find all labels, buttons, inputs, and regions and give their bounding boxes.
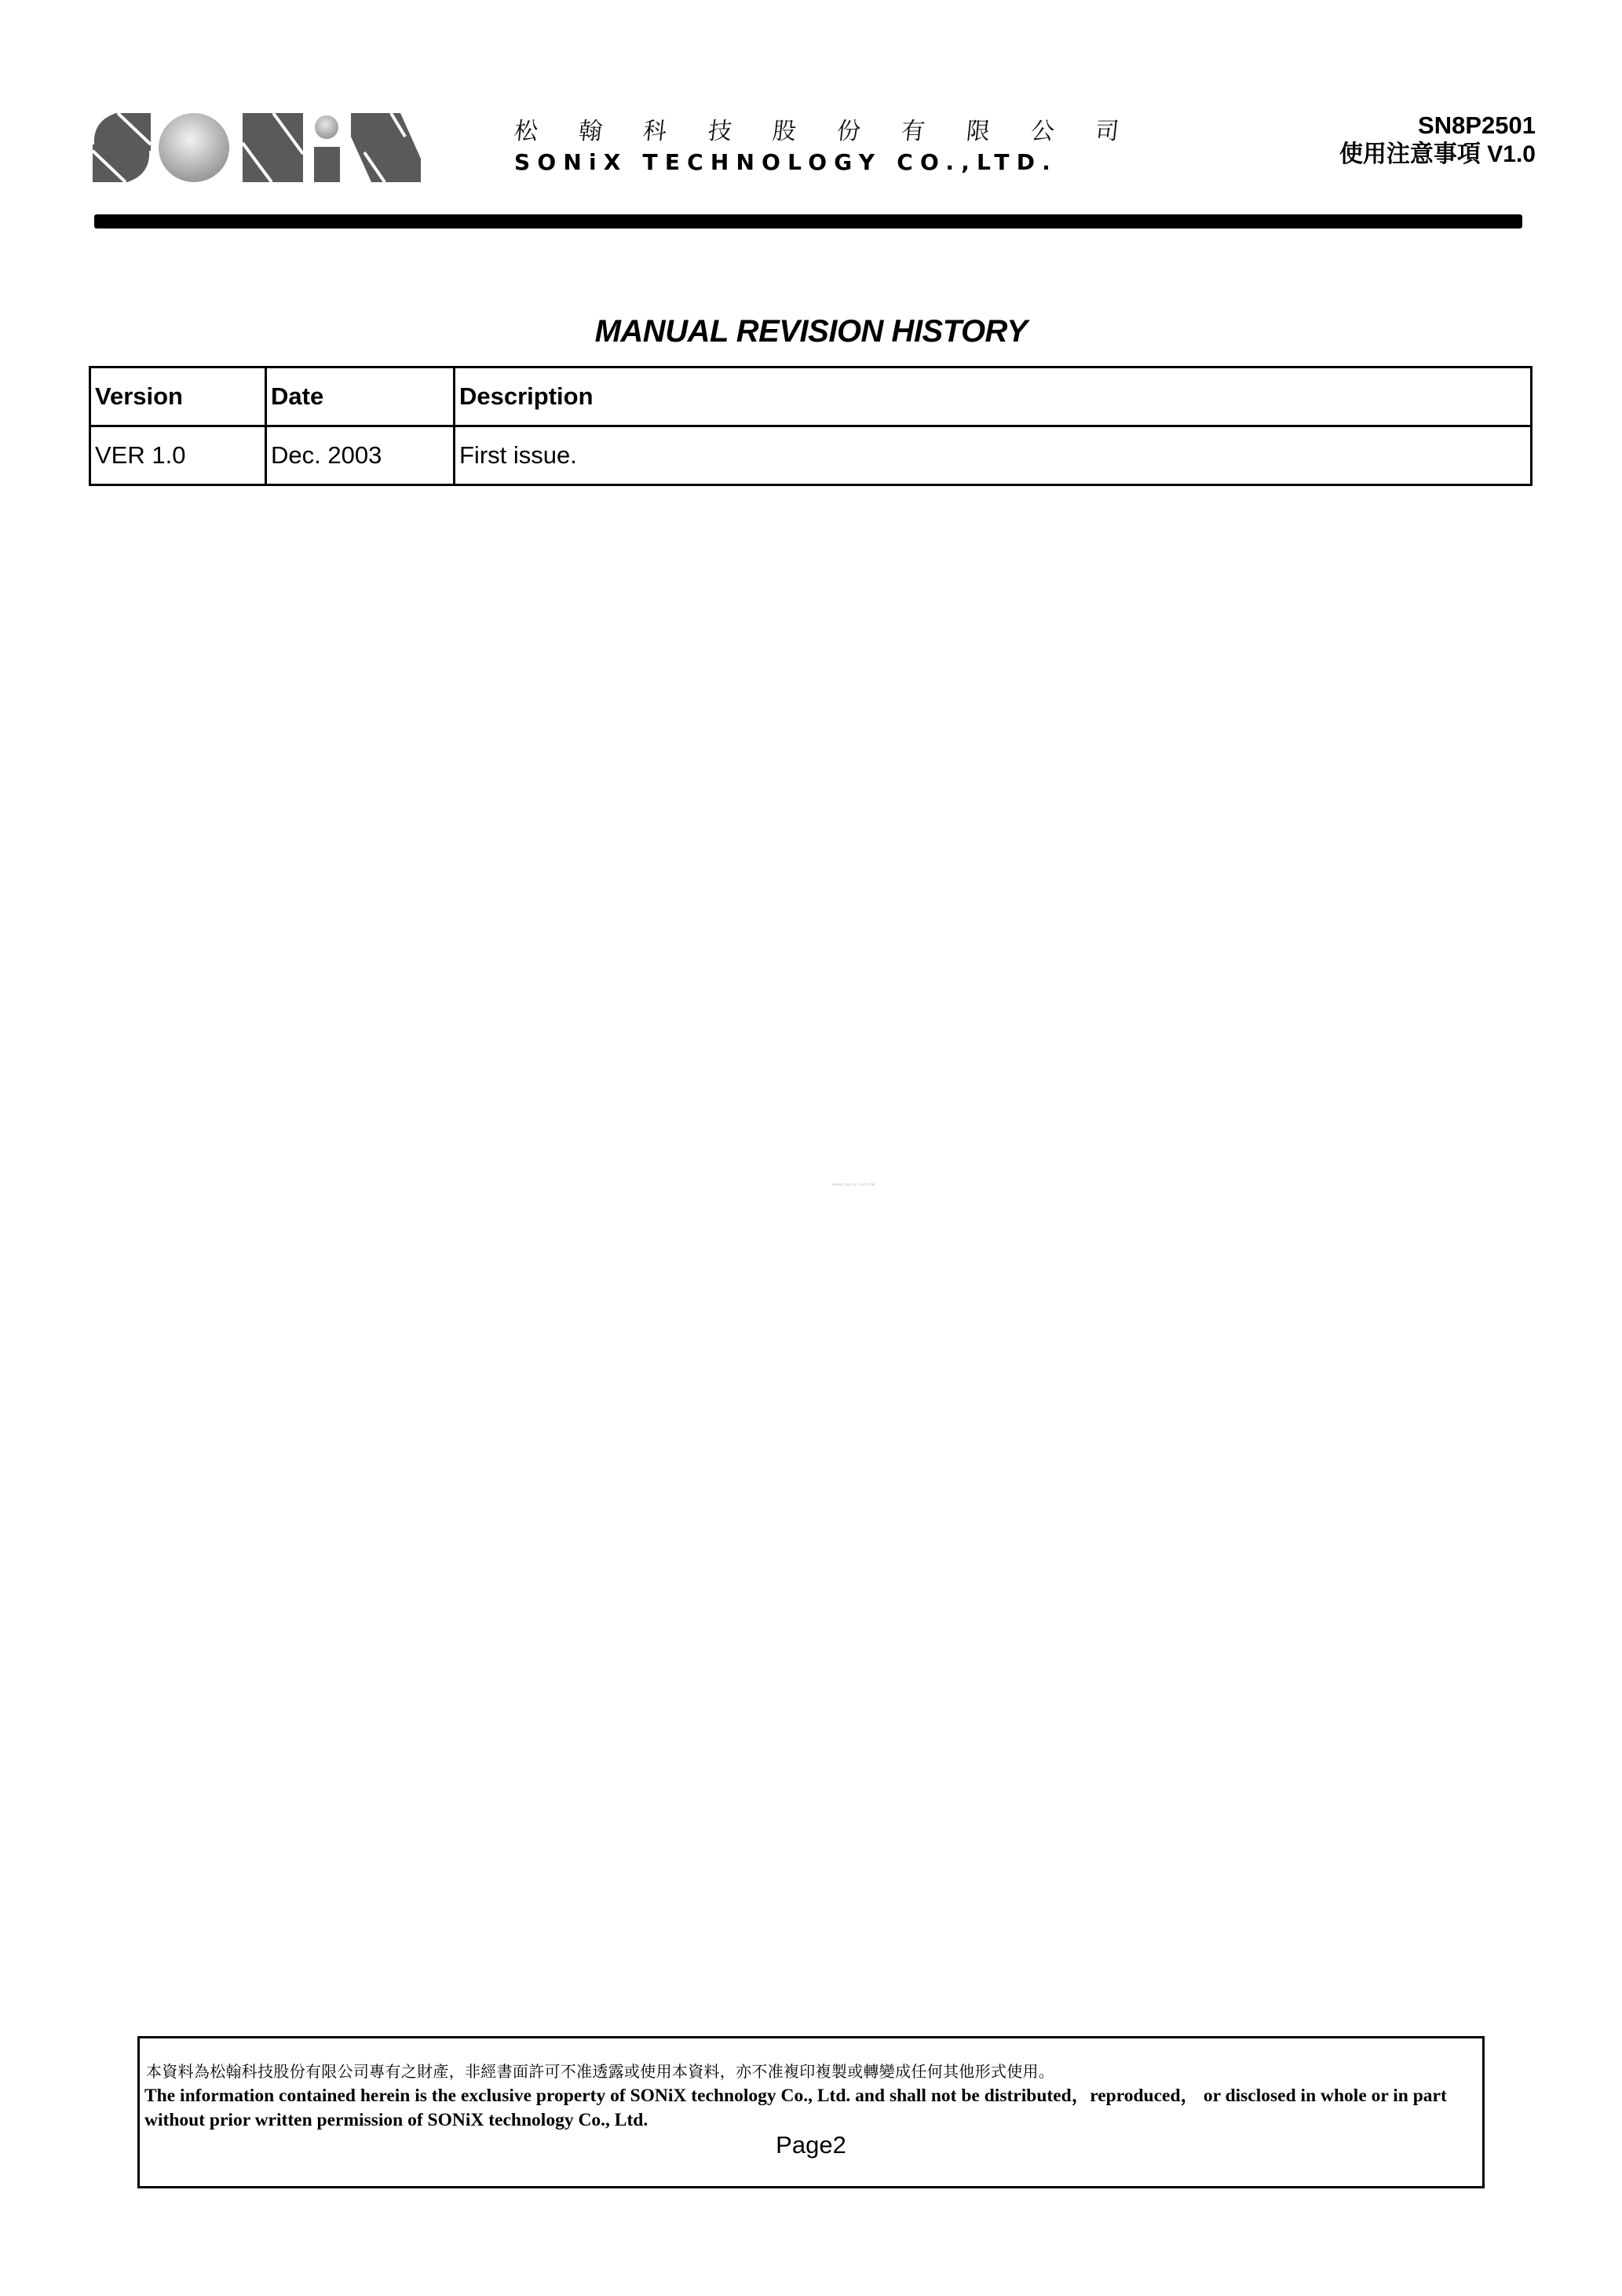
company-char: 份 — [835, 118, 862, 146]
footer-notice-chinese: 本資料為松翰科技股份有限公司專有之財產，非經書面許可不准透露或使用本資料，亦不准… — [146, 2062, 1054, 2081]
company-char: 公 — [1029, 118, 1056, 146]
footer-notice-english: The information contained herein is the … — [144, 2084, 1471, 2133]
company-char: 司 — [1094, 118, 1120, 146]
company-char: 翰 — [577, 118, 604, 146]
revision-history-table: Version Date Description VER 1.0 Dec. 20… — [89, 366, 1532, 486]
company-char: 松 — [513, 118, 539, 146]
page-number: Page2 — [140, 2131, 1482, 2159]
sonix-logo — [93, 113, 421, 182]
header-rule-divider — [94, 214, 1522, 229]
company-char: 股 — [771, 118, 798, 146]
cell-date: Dec. 2003 — [266, 426, 455, 485]
company-char: 有 — [900, 118, 926, 146]
company-char: 限 — [965, 118, 992, 146]
company-char: 技 — [707, 118, 733, 146]
document-subtitle: 使用注意事項 V1.0 — [1339, 141, 1536, 169]
watermark: www.sonix.com.tw — [832, 1183, 875, 1187]
column-header-version: Version — [90, 367, 266, 426]
table-header-row: Version Date Description — [90, 367, 1532, 426]
footer-notice-box: 本資料為松翰科技股份有限公司專有之財產，非經書面許可不准透露或使用本資料，亦不准… — [137, 2036, 1485, 2188]
document-model: SN8P2501 — [1339, 112, 1536, 139]
page-title: MANUAL REVISION HISTORY — [0, 313, 1622, 350]
sonix-logo-icon — [93, 113, 421, 182]
company-char: 科 — [642, 118, 669, 146]
cell-description: First issue. — [455, 426, 1532, 485]
column-header-description: Description — [455, 367, 1532, 426]
column-header-date: Date — [266, 367, 455, 426]
cell-version: VER 1.0 — [90, 426, 266, 485]
company-name-chinese: 松 翰 科 技 股 份 有 限 公 司 — [514, 118, 1119, 146]
document-header: SN8P2501 使用注意事項 V1.0 — [1339, 112, 1536, 169]
company-name-english: SONiX TECHNOLOGY CO.,LTD. — [514, 151, 1119, 174]
table-row: VER 1.0 Dec. 2003 First issue. — [90, 426, 1532, 485]
